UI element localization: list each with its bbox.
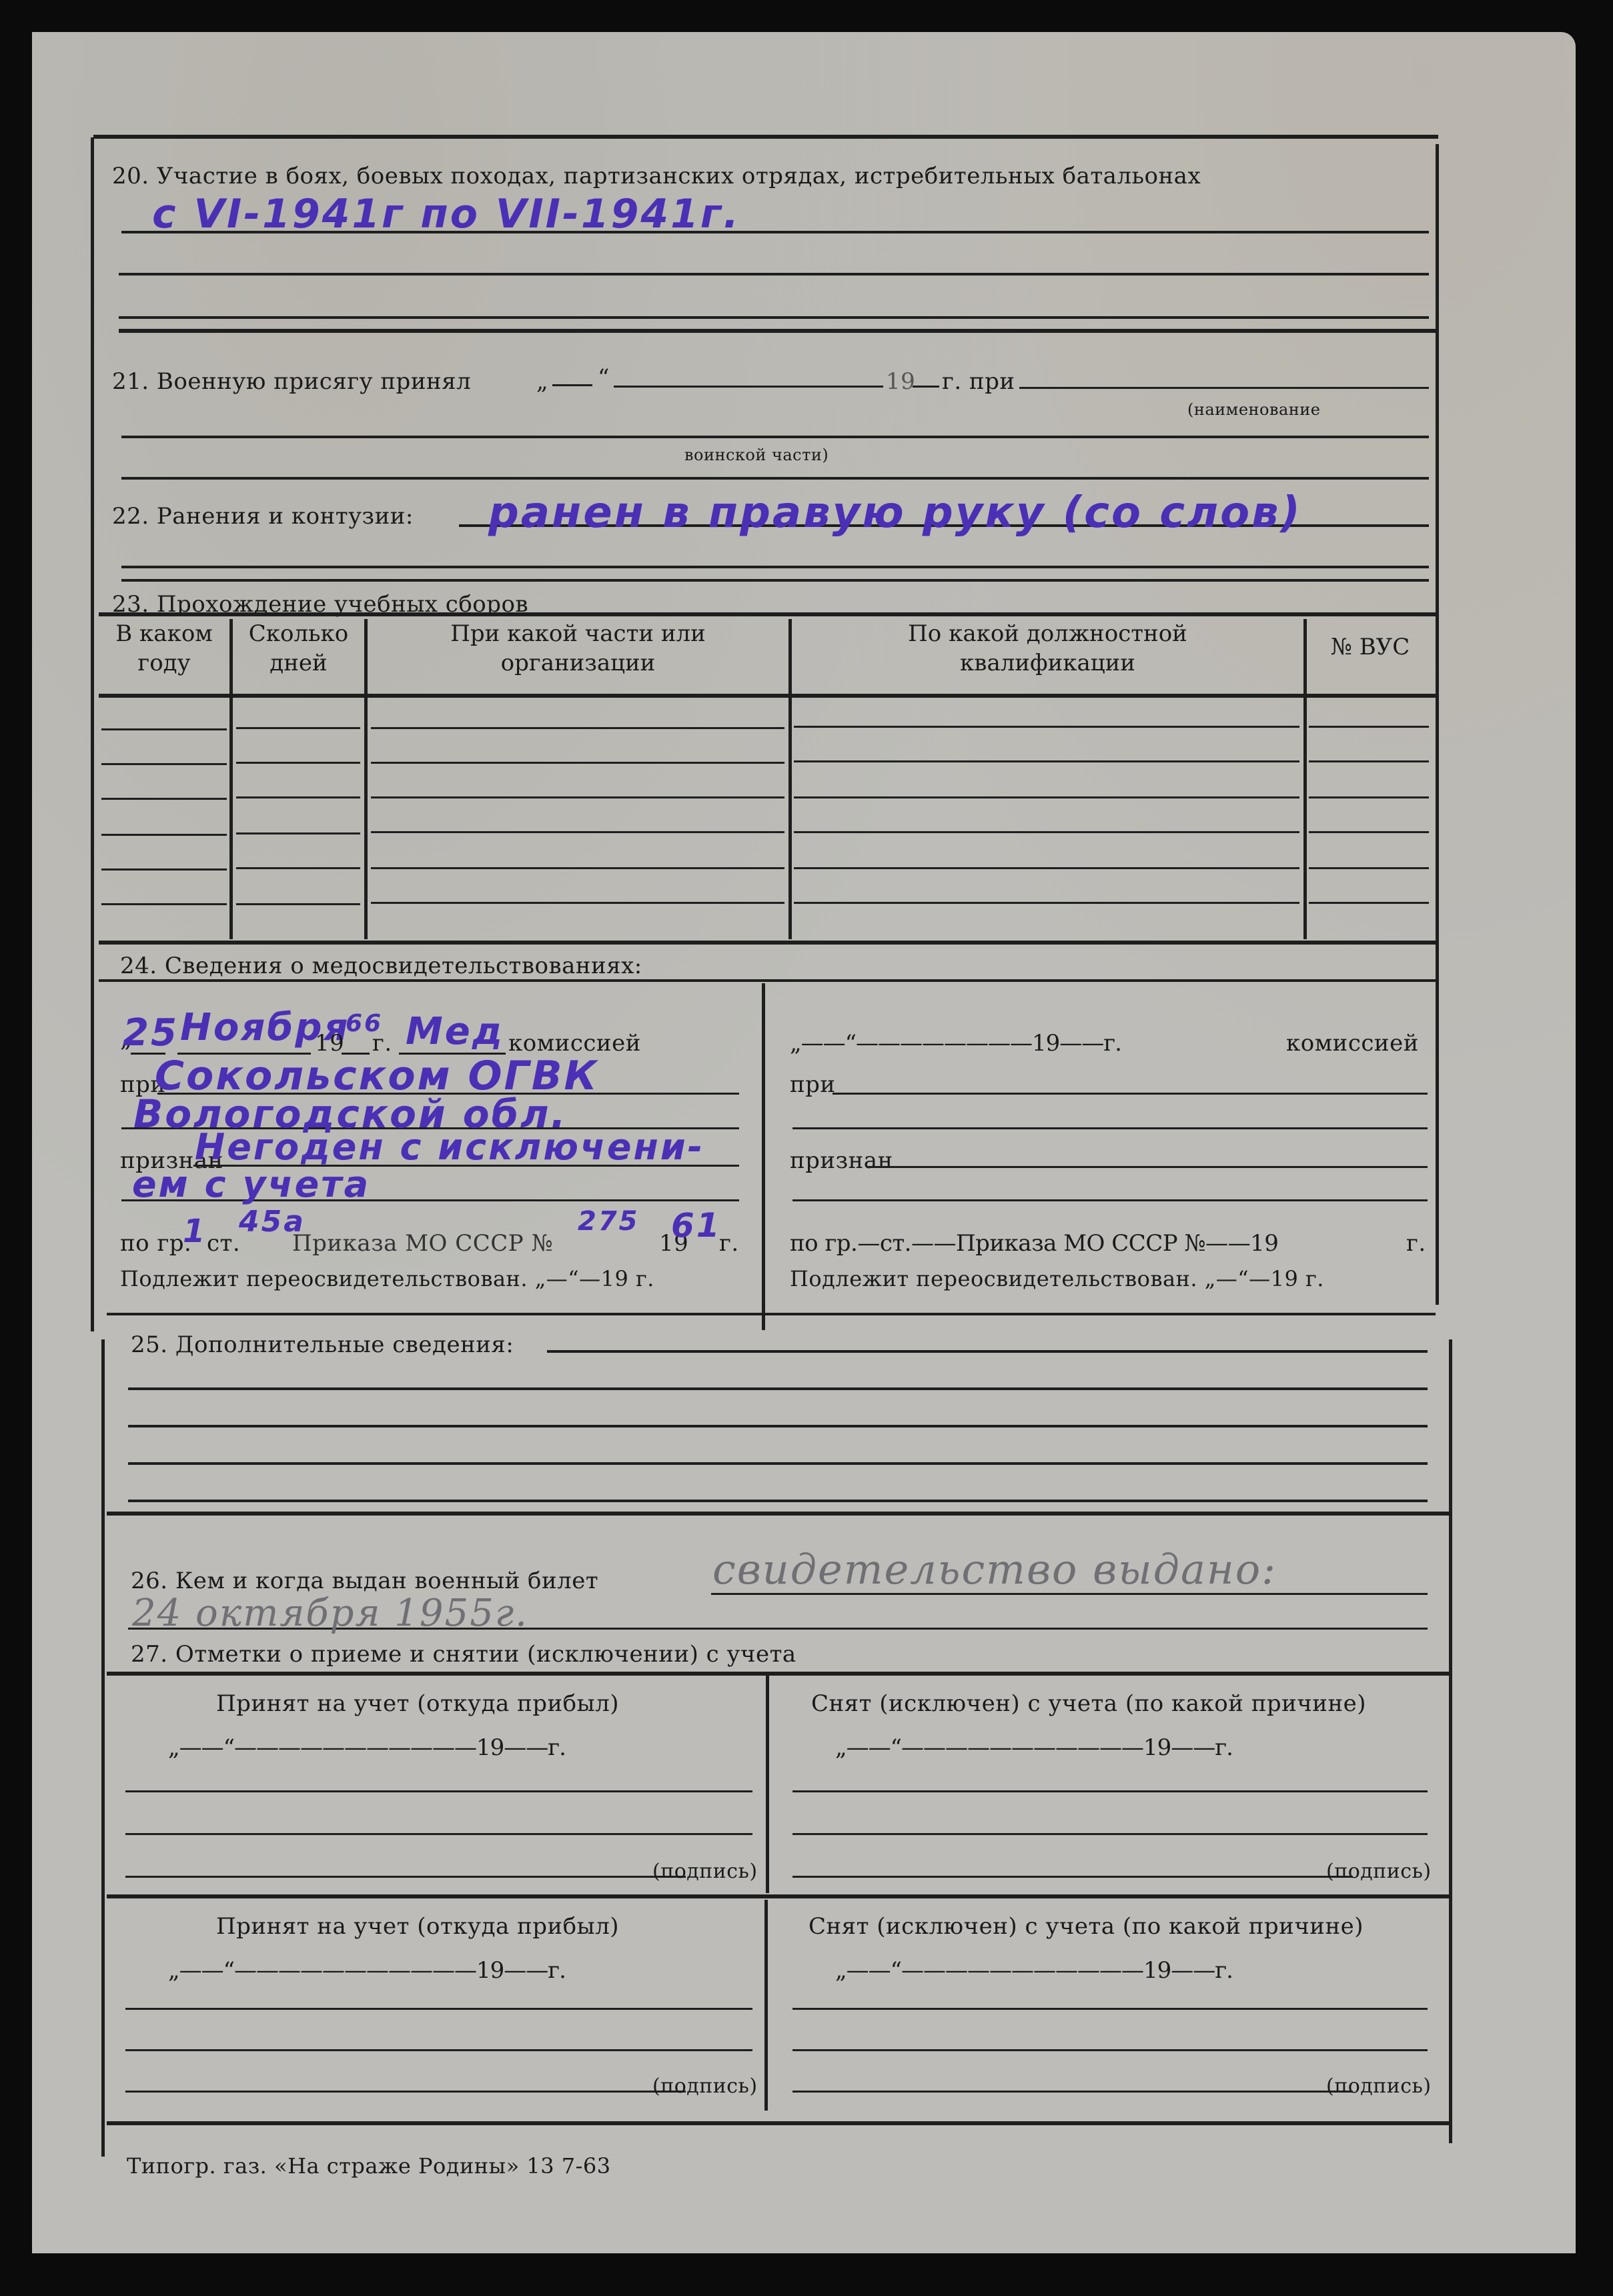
s27-b2-line-1[interactable] [125, 2008, 752, 2010]
s24l-order-label: Приказа МО СССР № [292, 1230, 553, 1257]
s27-b0-sign-line[interactable] [125, 1876, 686, 1878]
s24r-order-line[interactable]: по гр.—ст.——Приказа МО СССР №——19 [790, 1230, 1278, 1257]
s21-hint-2: воинской части) [684, 446, 829, 464]
s22-line-2[interactable] [121, 566, 1429, 568]
s21-label: 21. Военную присягу принял [112, 368, 471, 395]
s23-col-div-4 [1303, 619, 1307, 939]
s27-b0-sign: (подпись) [652, 1860, 758, 1883]
s24r-priznan-line-1[interactable] [867, 1166, 1428, 1168]
s23-bottom-rule [99, 941, 1436, 945]
s25-label: 25. Дополнительные сведения: [131, 1331, 514, 1358]
s24l-order-g: г. [719, 1230, 739, 1257]
s20-line-2[interactable] [119, 273, 1429, 275]
s22-label: 22. Ранения и контузии: [112, 503, 414, 530]
s27-bottom-rule [107, 2121, 1449, 2125]
s24-label: 24. Сведения о медосвидетельствованиях: [120, 953, 642, 979]
printer-imprint: Типогр. газ. «На страже Родины» 13 7-63 [127, 2153, 611, 2179]
s20-line-1[interactable] [121, 231, 1429, 233]
frame-right-bottom [1449, 1339, 1452, 2143]
s27-b3-heading: Снят (исключен) с учета (по какой причин… [809, 1913, 1364, 1940]
s26-value-1[interactable]: свидетельство выдано: [712, 1545, 1277, 1594]
s22-value[interactable]: ранен в правую руку (со слов) [488, 488, 1302, 538]
s23-header-rule [99, 694, 1436, 698]
s27-b3-line-1[interactable] [792, 2008, 1428, 2010]
s27-b1-sign: (подпись) [1326, 1860, 1432, 1883]
s27-middle-rule [107, 1894, 1449, 1898]
s27-top-rule [107, 1672, 1449, 1676]
s27-b0-date[interactable]: „——“———————————19——г. [168, 1734, 566, 1761]
s24l-order-year[interactable]: 61 [671, 1206, 722, 1245]
s27-b1-sign-line[interactable] [792, 1876, 1353, 1878]
s27-b0-line-2[interactable] [125, 1833, 752, 1835]
s24r-priznan-line-2[interactable] [792, 1199, 1428, 1201]
s27-b0-heading: Принят на учет (откуда прибыл) [216, 1690, 619, 1717]
s24-top-rule [99, 979, 1436, 982]
s21-unit-line[interactable] [121, 436, 1429, 438]
s25-line-2[interactable] [128, 1425, 1428, 1427]
frame-left-top [91, 137, 94, 1331]
frame-right-top [1436, 144, 1439, 1305]
document-card: 20. Участие в боях, боевых походах, парт… [32, 32, 1576, 2253]
s27-b1-line-2[interactable] [792, 1833, 1428, 1835]
s20-line-3[interactable] [119, 316, 1429, 319]
s24r-pri-label: при [790, 1071, 836, 1098]
s27-b2-sign-line[interactable] [125, 2091, 686, 2093]
s25-bottom-rule [107, 1512, 1449, 1516]
s24l-reexam: Подлежит переосвидетельствован. „—“—19 г… [120, 1266, 654, 1291]
s21-year-prefix: 19 [886, 368, 915, 395]
s23-header-days: Сколько дней [233, 619, 364, 678]
s21-hint-1: (наименование [1187, 400, 1321, 419]
s21-day-field[interactable] [552, 384, 592, 386]
s25-line-4[interactable] [128, 1500, 1428, 1502]
s23-header-vus: № ВУС [1307, 632, 1434, 662]
frame-top [93, 135, 1438, 139]
s26-label: 26. Кем и когда выдан военный билет [131, 1568, 598, 1594]
s24l-priznan-value-1[interactable]: Негоден с исключени- [195, 1126, 704, 1168]
s21-unit-field[interactable] [1019, 387, 1429, 389]
s21-bottom-line [121, 477, 1429, 480]
s23-top-rule [99, 612, 1436, 616]
s27-b3-date[interactable]: „——“———————————19——г. [835, 1957, 1233, 1984]
s25-line-1[interactable] [128, 1387, 1428, 1390]
s21-year-field[interactable] [913, 386, 939, 388]
s27-column-divider-top [766, 1676, 769, 1893]
s25-line-0[interactable] [547, 1350, 1428, 1353]
s24-bottom-rule [107, 1313, 1436, 1315]
s24l-priznan-value-2[interactable]: ем с учета [132, 1163, 370, 1205]
s27-b2-sign: (подпись) [652, 2075, 758, 2098]
s27-b3-sign: (подпись) [1326, 2075, 1432, 2098]
s23-header-year: В каком году [99, 619, 229, 678]
s24-column-divider [762, 983, 765, 1330]
s21-month-field[interactable] [614, 386, 883, 388]
s27-b2-heading: Принят на учет (откуда прибыл) [216, 1913, 619, 1940]
s24l-gr-value[interactable]: 1 [183, 1213, 207, 1250]
s26-value-2[interactable]: 24 октября 1955г. [132, 1592, 528, 1635]
s27-b1-heading: Снят (исключен) с учета (по какой причин… [811, 1690, 1366, 1717]
s24r-pri-line-1[interactable] [833, 1093, 1428, 1095]
s22-line-3[interactable] [121, 579, 1429, 582]
s21-year-suffix: г. при [942, 368, 1015, 395]
s24l-commission-type[interactable]: Мед [406, 1010, 504, 1053]
s24r-commission-label: комиссией [1286, 1030, 1419, 1057]
s27-b2-line-2[interactable] [125, 2049, 752, 2051]
s27-b0-line-1[interactable] [125, 1790, 752, 1792]
s20-label: 20. Участие в боях, боевых походах, парт… [112, 163, 1201, 189]
s24l-po-gr-label: по гр. [120, 1230, 191, 1257]
s21-quote-close: “ [598, 364, 610, 391]
s20-bottom-rule [119, 329, 1437, 333]
s24r-pri-line-2[interactable] [792, 1127, 1428, 1129]
s24l-order-value[interactable]: 275 [578, 1206, 640, 1237]
s27-b2-date[interactable]: „——“———————————19——г. [168, 1957, 566, 1984]
s24r-priznan-label: признан [790, 1147, 893, 1174]
s24l-st-label: ст. [207, 1230, 240, 1257]
s24r-reexam: Подлежит переосвидетельствован. „—“—19 г… [790, 1266, 1324, 1291]
s24r-date-line[interactable]: „——“————————19——г. [790, 1030, 1121, 1057]
s27-b1-line-1[interactable] [792, 1790, 1428, 1792]
frame-left-bottom [101, 1339, 105, 2157]
s23-header-unit: При какой части или организации [368, 619, 788, 678]
s27-label: 27. Отметки о приеме и снятии (исключени… [131, 1641, 796, 1668]
s27-b3-line-2[interactable] [792, 2049, 1428, 2051]
s24l-day[interactable]: 25 [123, 1011, 179, 1055]
s21-quote-open: „ [536, 368, 548, 395]
s27-b1-date[interactable]: „——“———————————19——г. [835, 1734, 1233, 1761]
s25-line-3[interactable] [128, 1462, 1428, 1465]
s27-column-divider-bottom [764, 1900, 768, 2111]
s24r-order-g: г. [1406, 1230, 1426, 1257]
s27-b3-sign-line[interactable] [792, 2091, 1353, 2093]
s23-header-qualification: По какой должностной квалификации [792, 619, 1303, 678]
